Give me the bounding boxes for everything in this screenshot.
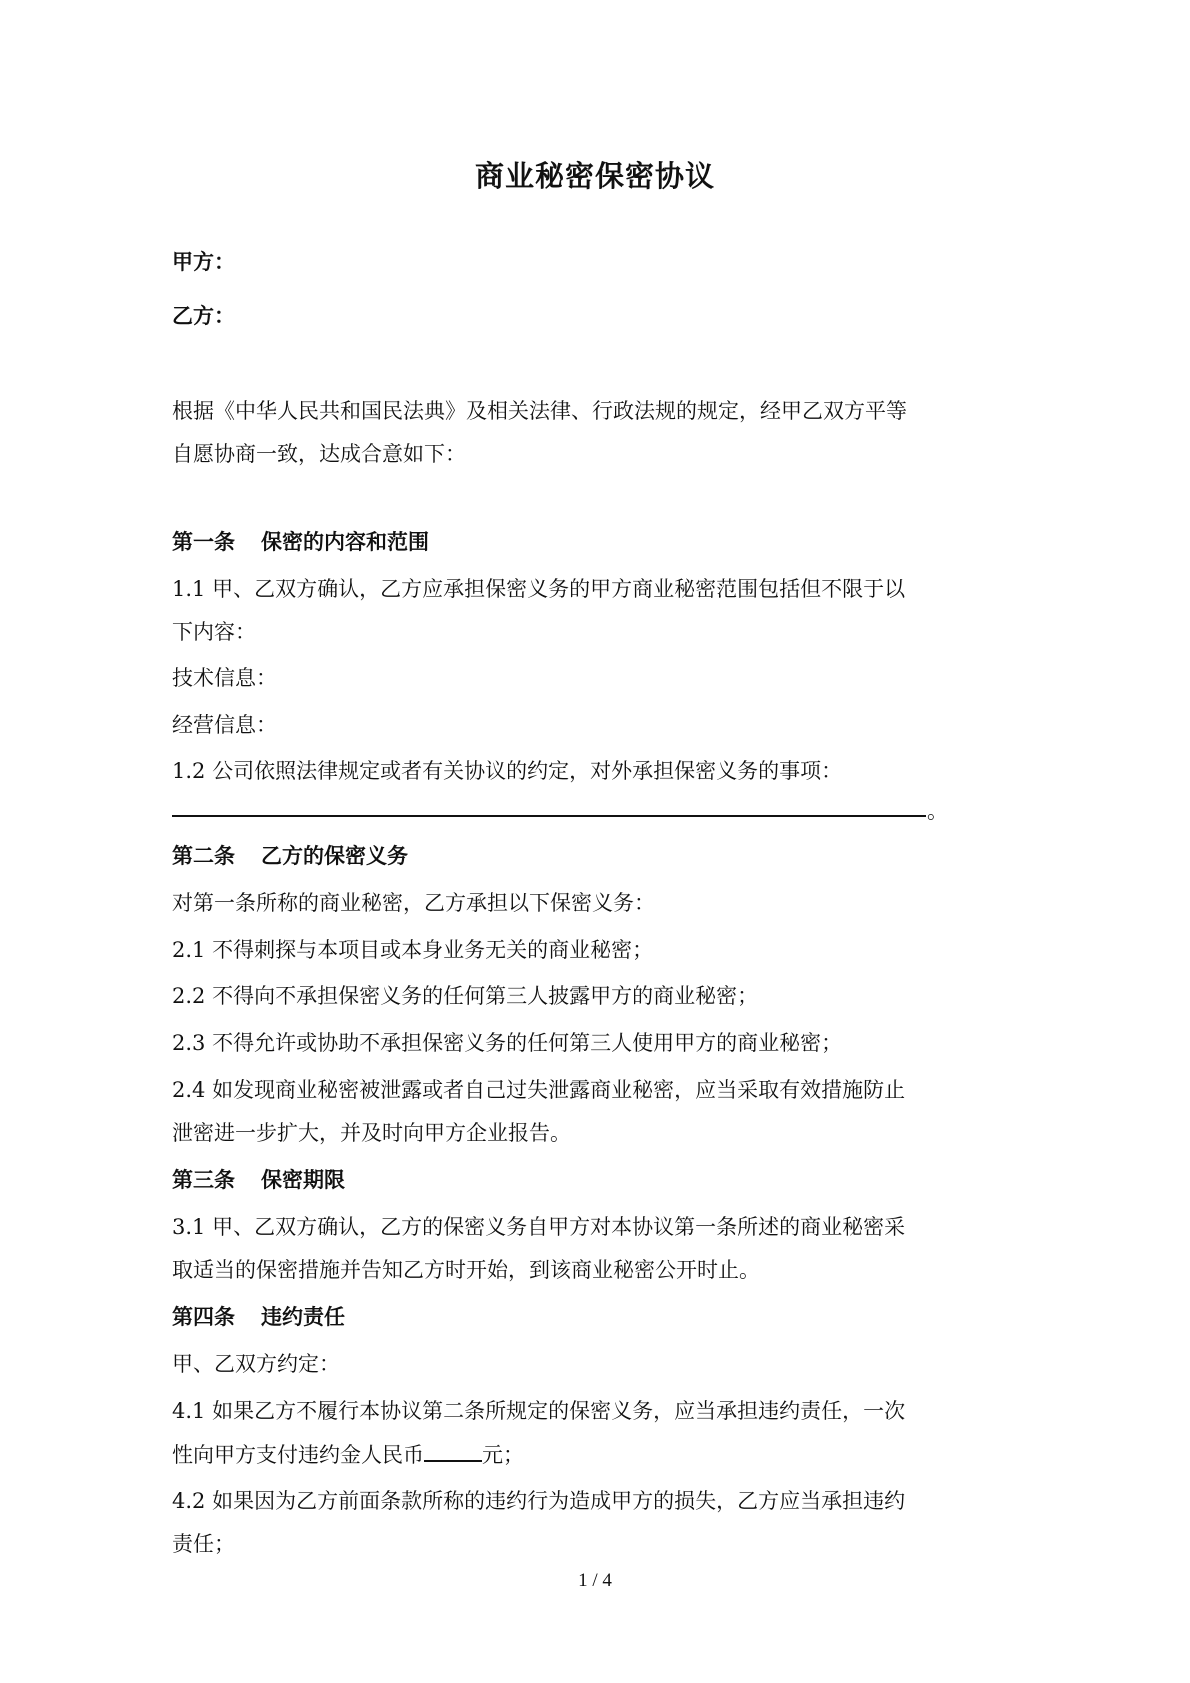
document-title: 商业秘密保密协议 [0, 158, 1190, 194]
article-2-title: 乙方的保密义务 [261, 844, 408, 868]
clause-1-2: 1.2 公司依照法律规定或者有关协议的约定，对外承担保密义务的事项： [172, 757, 1032, 785]
preamble-line-1: 根据《中华人民共和国民法典》及相关法律、行政法规的规定，经甲乙双方平等 [172, 397, 1032, 425]
clause-4-1-line-2: 性向甲方支付违约金人民币元； [172, 1440, 1032, 1469]
clause-2-4-line-1: 2.4 如发现商业秘密被泄露或者自己过失泄露商业秘密，应当采取有效措施防止 [172, 1076, 1032, 1104]
article-1-number: 第一条 [172, 530, 235, 554]
penalty-text: 性向甲方支付违约金人民币 [172, 1443, 424, 1467]
fill-in-blank-line [172, 815, 926, 817]
clause-1-1-line-2: 下内容： [172, 618, 1032, 646]
clause-2-4-line-2: 泄密进一步扩大，并及时向甲方企业报告。 [172, 1119, 1032, 1147]
article-4-number: 第四条 [172, 1305, 235, 1329]
penalty-amount-blank [424, 1440, 482, 1462]
clause-2-1: 2.1 不得刺探与本项目或本身业务无关的商业秘密； [172, 936, 1032, 964]
article-3-heading: 第三条保密期限 [172, 1166, 1032, 1194]
clause-4-2-line-2: 责任； [172, 1530, 1032, 1558]
article-4-heading: 第四条违约责任 [172, 1303, 1032, 1331]
fill-line-period: 。 [927, 797, 948, 825]
party-a-label: 甲方： [172, 248, 1032, 276]
article-3-number: 第三条 [172, 1168, 235, 1192]
party-b-label: 乙方： [172, 302, 1032, 330]
article-4-intro: 甲、乙双方约定： [172, 1350, 1032, 1378]
business-info-label: 经营信息： [172, 711, 1032, 739]
technical-info-label: 技术信息： [172, 664, 1032, 692]
document-page: 商业秘密保密协议 甲方： 乙方： 根据《中华人民共和国民法典》及相关法律、行政法… [0, 0, 1190, 1683]
article-1-heading: 第一条保密的内容和范围 [172, 528, 1032, 556]
clause-2-3: 2.3 不得允许或协助不承担保密义务的任何第三人使用甲方的商业秘密； [172, 1029, 1032, 1057]
penalty-suffix: 元； [482, 1443, 524, 1467]
article-4-title: 违约责任 [261, 1305, 345, 1329]
article-2-intro: 对第一条所称的商业秘密，乙方承担以下保密义务： [172, 889, 1032, 917]
clause-3-1-line-2: 取适当的保密措施并告知乙方时开始，到该商业秘密公开时止。 [172, 1256, 1032, 1284]
clause-3-1-line-1: 3.1 甲、乙双方确认，乙方的保密义务自甲方对本协议第一条所述的商业秘密采 [172, 1213, 1032, 1241]
clause-2-2: 2.2 不得向不承担保密义务的任何第三人披露甲方的商业秘密； [172, 982, 1032, 1010]
clause-4-1-line-1: 4.1 如果乙方不履行本协议第二条所规定的保密义务，应当承担违约责任，一次 [172, 1397, 1032, 1425]
page-number: 1 / 4 [0, 1569, 1190, 1593]
preamble-line-2: 自愿协商一致，达成合意如下： [172, 440, 1032, 468]
article-1-title: 保密的内容和范围 [261, 530, 429, 554]
article-2-heading: 第二条乙方的保密义务 [172, 842, 1032, 870]
article-2-number: 第二条 [172, 844, 235, 868]
clause-1-1-line-1: 1.1 甲、乙双方确认，乙方应承担保密义务的甲方商业秘密范围包括但不限于以 [172, 575, 1032, 603]
article-3-title: 保密期限 [261, 1168, 345, 1192]
clause-4-2-line-1: 4.2 如果因为乙方前面条款所称的违约行为造成甲方的损失，乙方应当承担违约 [172, 1487, 1032, 1515]
